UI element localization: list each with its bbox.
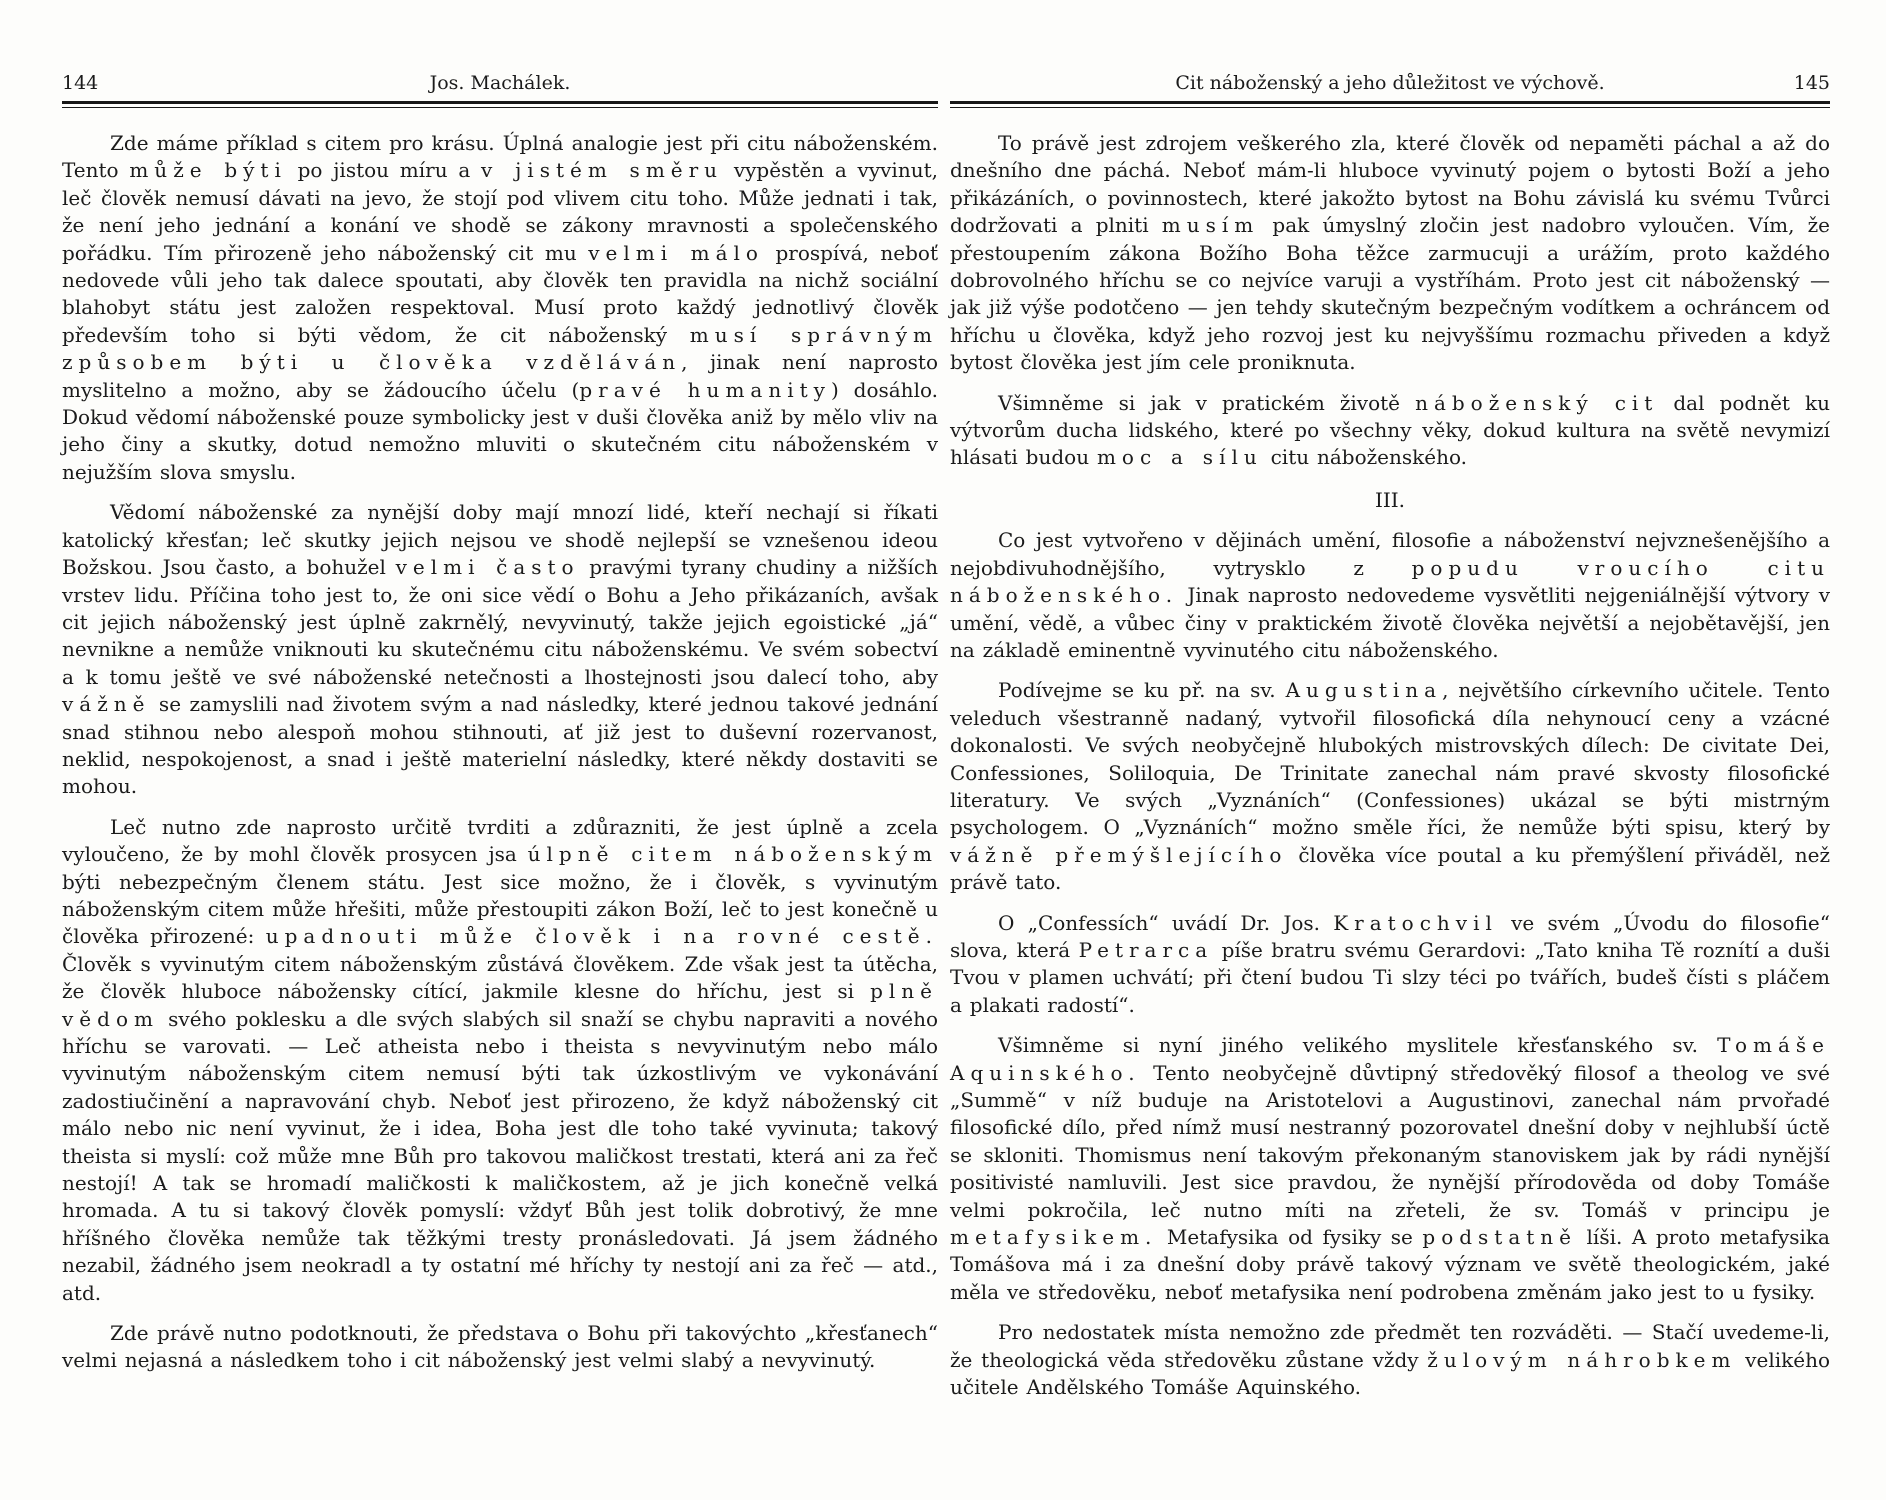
header-rule [950,101,1830,108]
paragraph: Leč nutno zde naprosto určitě tvrditi a … [62,814,938,1307]
emphasized-text: Augustina [1286,678,1443,702]
paragraph: Podívejme se ku př. na sv. Augustina, ne… [950,677,1830,896]
paragraph: Všimněme si jak v pratickém životě nábož… [950,390,1830,472]
section-heading: III. [950,487,1830,514]
body-text: se zamyslili nad životem svým a nad násl… [62,692,938,798]
paragraph: Co jest vytvořeno v dějinách umění, filo… [950,527,1830,664]
emphasized-text: vážně [62,692,150,716]
emphasized-text: musím [1162,213,1259,237]
emphasized-text: Kratochvil [1333,911,1498,935]
paragraph: Zde máme příklad s citem pro krásu. Úpln… [62,130,938,486]
body-text: Zde právě nutno podotknouti, že představ… [62,1321,938,1372]
body-text: Metafysika od fysiky se [1157,1225,1422,1249]
body-text: III. [1375,488,1405,512]
emphasized-text: žulovým náhrobkem [1427,1348,1736,1372]
emphasized-text: pravé humanity [579,378,831,402]
page-body-right: To právě jest zdrojem veškerého zla, kte… [950,130,1830,1401]
emphasized-text: metafysikem. [950,1225,1157,1249]
body-text: , největšího církevního učitele. Tento v… [950,678,1830,839]
page-header-right: Cit náboženský a jeho důležitost ve vých… [950,72,1830,101]
body-text: Člověk s vyvinutým citem náboženským zůs… [62,952,938,1003]
emphasized-text: velmi málo [588,241,764,265]
body-text: citu náboženského. [1263,445,1467,469]
body-text: Všimněme si nyní jiného velikého myslite… [998,1033,1717,1057]
paragraph: Pro nedostatek místa nemožno zde předmět… [950,1319,1830,1401]
body-text: Podívejme se ku př. na sv. [998,678,1286,702]
paragraph: O „Confessích“ uvádí Dr. Jos. Kratochvil… [950,910,1830,1020]
paragraph: To právě jest zdrojem veškerého zla, kte… [950,130,1830,377]
page-body-left: Zde máme příklad s citem pro krásu. Úpln… [62,130,938,1375]
body-text: Všimněme si jak v pratickém životě [998,391,1415,415]
emphasized-text: upadnouti může člověk i na rovné cestě. [266,924,938,948]
running-title: Cit náboženský a jeho důležitost ve vých… [1020,72,1760,94]
body-text: pak úmyslný zločin jest nadobro vyloučen… [950,213,1830,374]
emphasized-text: vážně přemýšlejícího [950,843,1287,867]
header-rule [62,101,938,108]
emphasized-text: v jistém směru [481,158,723,182]
emphasized-text: podstatně [1422,1225,1577,1249]
paragraph: Všimněme si nyní jiného velikého myslite… [950,1032,1830,1306]
emphasized-text: může býti [129,158,287,182]
page-number: 145 [1760,72,1830,94]
body-text: po jistou míru a [287,158,481,182]
paragraph: Zde právě nutno podotknouti, že představ… [62,1320,938,1375]
emphasized-text: velmi často [396,555,580,579]
book-page-left: 144 Jos. Machálek. Zde máme příklad s ci… [62,72,938,1375]
page-number: 144 [62,72,132,94]
running-title: Jos. Machálek. [132,72,868,94]
book-page-right: Cit náboženský a jeho důležitost ve vých… [950,72,1830,1401]
emphasized-text: náboženský cit [1415,391,1658,415]
body-text: svého poklesku a dle svých slabých sil s… [62,1007,938,1305]
page-header-left: 144 Jos. Machálek. [62,72,938,101]
emphasized-text: úlpně citem náboženským [528,842,938,866]
body-text: O „Confessích“ uvádí Dr. Jos. [998,911,1333,935]
paragraph: Vědomí náboženské za nynější doby mají m… [62,499,938,800]
emphasized-text: moc a sílu [1097,445,1263,469]
emphasized-text: Petrarca [1079,938,1214,962]
book-scan-spread: 144 Jos. Machálek. Zde máme příklad s ci… [0,0,1886,1500]
